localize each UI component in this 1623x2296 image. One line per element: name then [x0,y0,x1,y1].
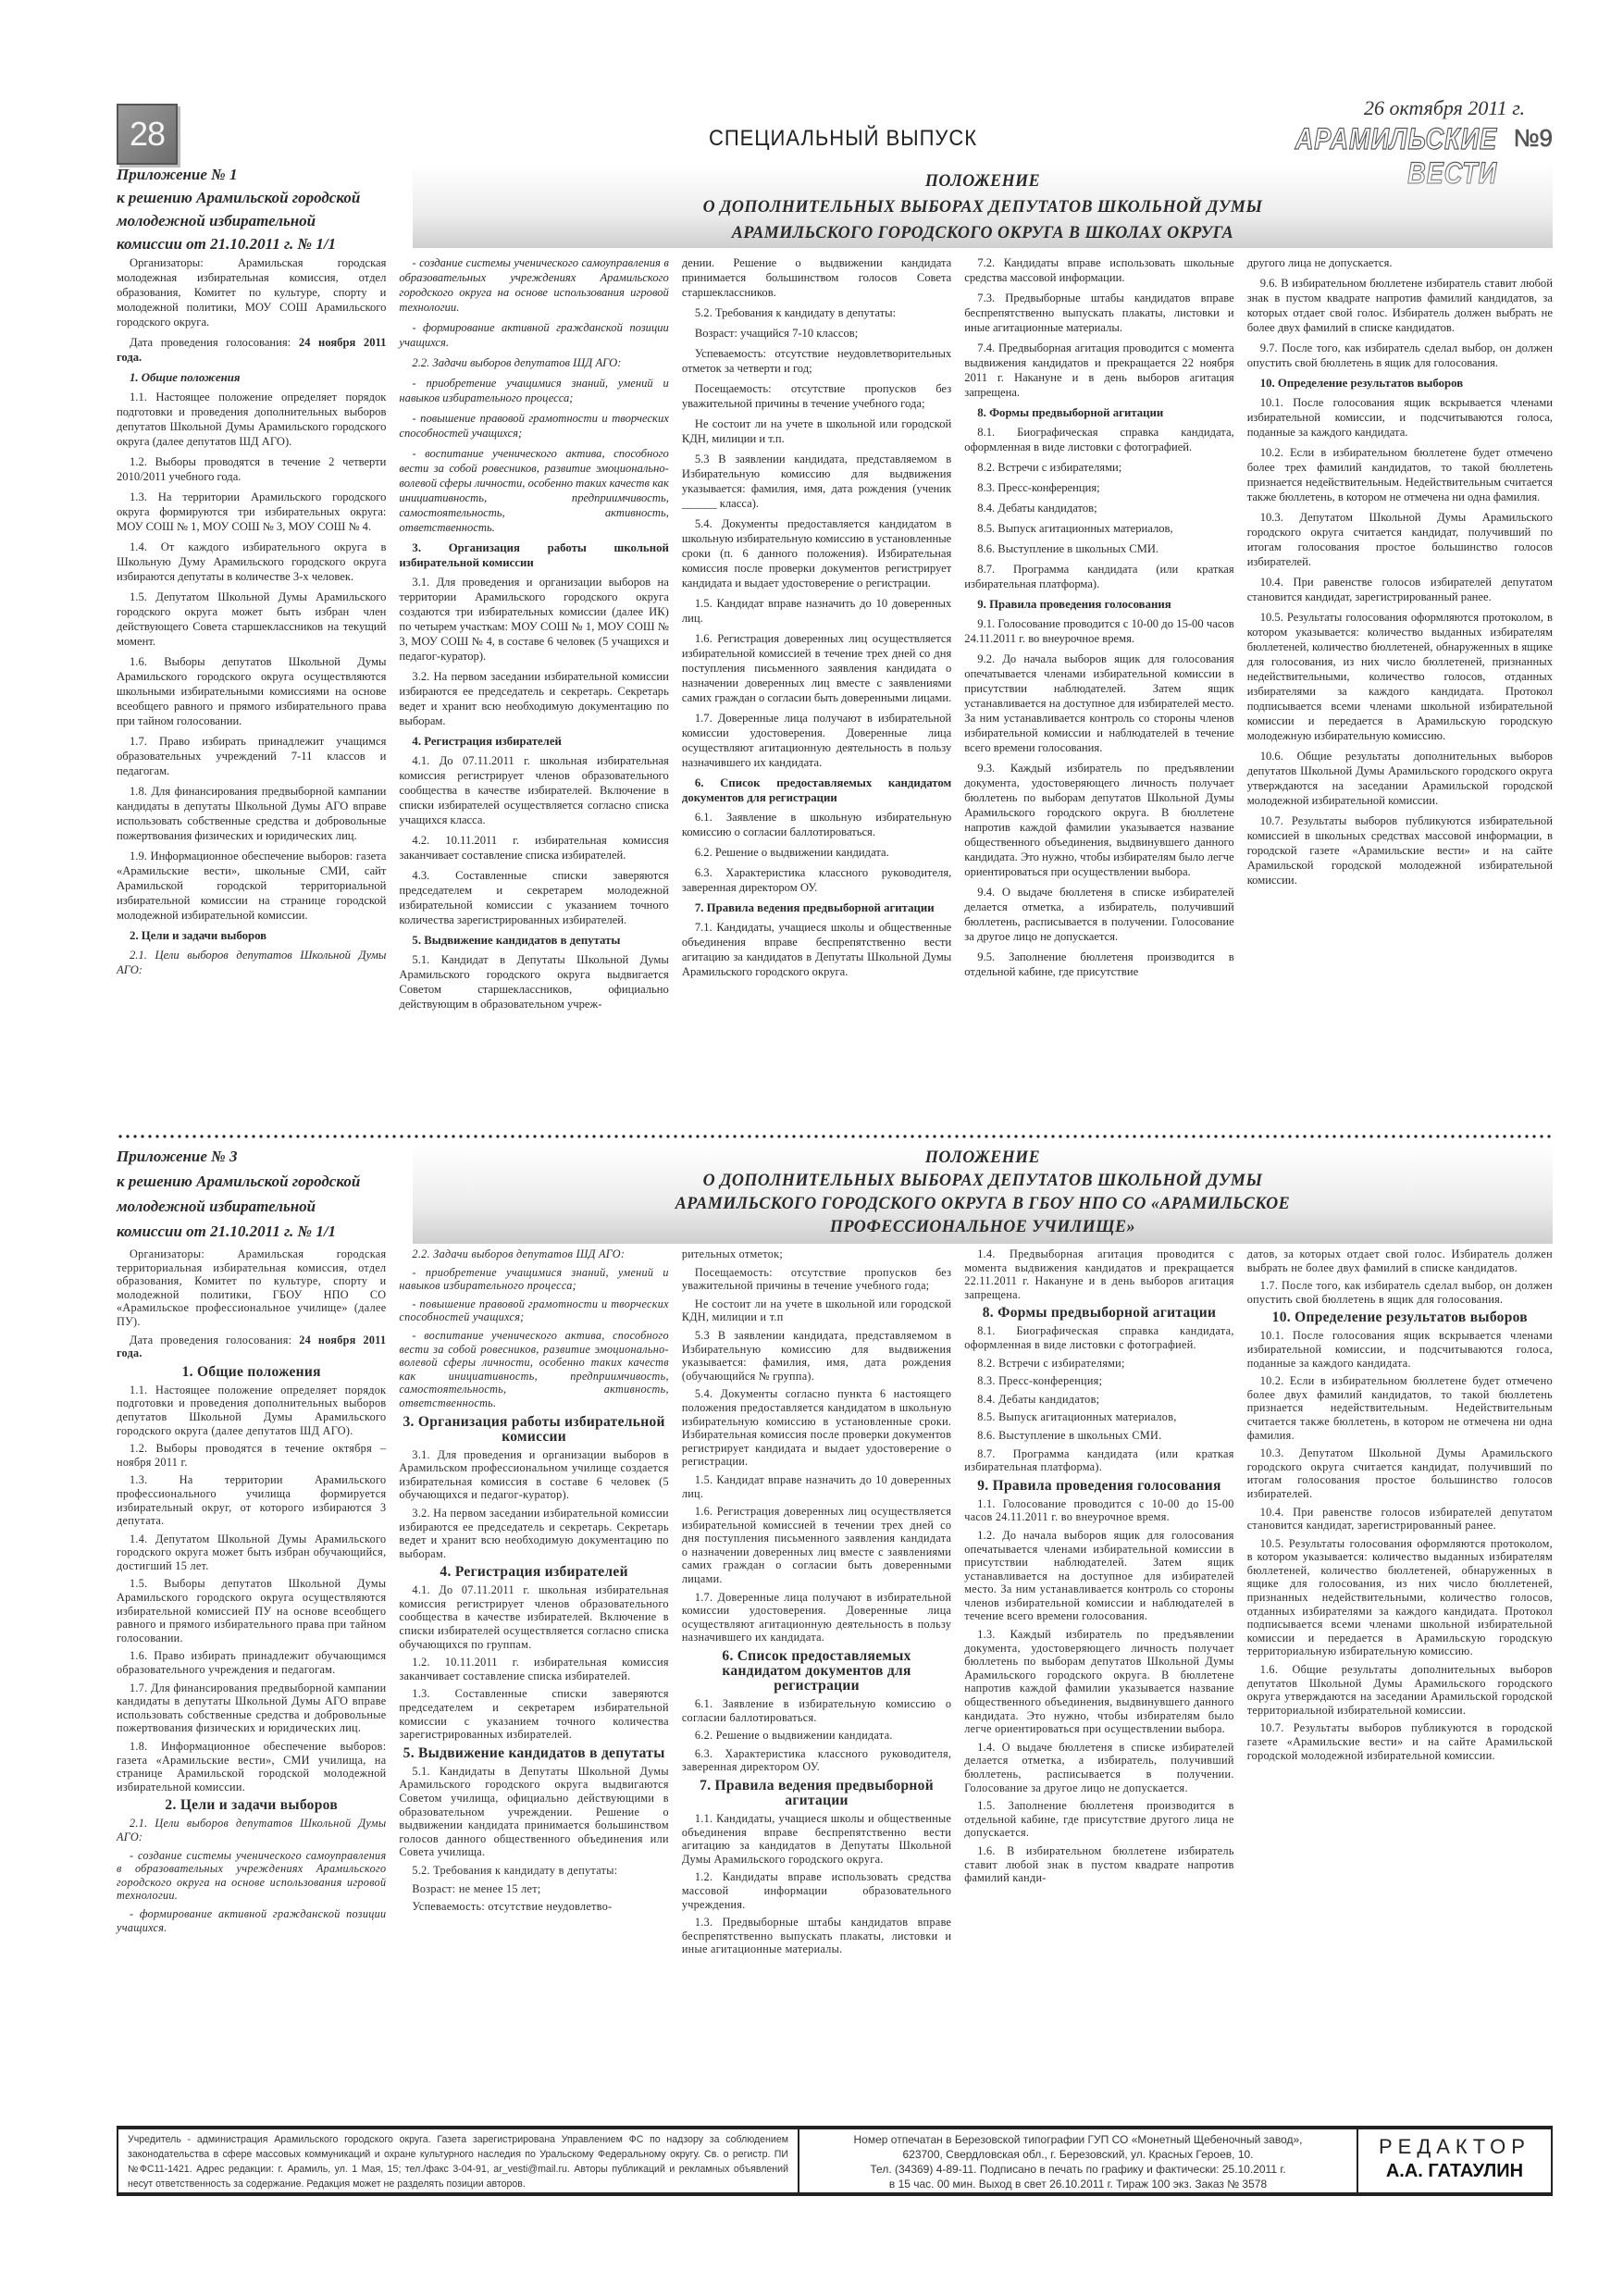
requirement: Успеваемость: отсутствие неудовлетво- [399,1900,668,1914]
section1-columns: Организаторы: Арамильская городская моло… [117,255,1553,1135]
paragraph: 1.7. Право избирать принадлежит учащимся… [117,734,386,778]
paragraph: 7.4. Предвыборная агитация проводится с … [964,341,1233,400]
task-item: - приобретение учащимися знаний, умений … [399,1266,668,1293]
printing-line: 623700, Свердловская обл., г. Березовски… [809,2147,1347,2162]
paragraph: 1.2. 10.11.2011 г. избирательная комисси… [399,1656,668,1682]
paragraph: 1.9. Информационное обеспечение выборов:… [117,849,386,923]
regulation-title: ПОЛОЖЕНИЕ О ДОПОЛНИТЕЛЬНЫХ ВЫБОРАХ ДЕПУТ… [413,163,1553,248]
paragraph: 4.2. 10.11.2011 г. избирательная комисси… [399,833,668,863]
paragraph: 1.2. Выборы проводятся в течение 2 четве… [117,454,386,484]
regulation-title: ПОЛОЖЕНИЕ О ДОПОЛНИТЕЛЬНЫХ ВЫБОРАХ ДЕПУТ… [413,1144,1553,1244]
printing-line: Тел. (34369) 4-89-11. Подписано в печать… [809,2162,1347,2177]
title-line: ПОЛОЖЕНИЕ [441,168,1524,194]
section-heading: 1. Общие положения [117,1365,386,1380]
paragraph: 5.3 В заявлении кандидата, представляемо… [682,1329,951,1383]
section3-columns: Организаторы: Арамильская городская терр… [117,1247,1553,2117]
paragraph: 1.3. На территории Арамильского професси… [117,1473,386,1527]
paragraph: 9.5. Заполнение бюллетеня производится в… [964,949,1233,979]
paragraph: 10.7. Результаты выборов публикуются в г… [1247,1721,1553,1762]
paragraph: 10.3. Депутатом Школьной Думы Арамильско… [1247,1446,1553,1500]
section-heading: 4. Регистрация избирателей [399,1565,668,1580]
paragraph: 1.7. После того, как избиратель сделал в… [1247,1279,1553,1306]
paragraph: другого лица не допускается. [1247,255,1553,270]
paragraph: 5.1. Кандидаты в Депутаты Школьной Думы … [399,1765,668,1859]
column-5: другого лица не допускается. 9.6. В изби… [1247,255,1553,1135]
masthead: 26 октября 2011 г. АРАМИЛЬСКИЕ ВЕСТИ №9 [1164,96,1553,163]
paragraph: 1.4. Депутатом Школьной Думы Арамильског… [117,1533,386,1573]
list-item: 8.2. Встречи с избирателями; [964,460,1233,475]
paragraph: 6.3. Характеристика классного руководите… [682,1747,951,1774]
paragraph: 1.1. Настоящее положение определяет поря… [117,390,386,449]
title-line: О ДОПОЛНИТЕЛЬНЫХ ВЫБОРАХ ДЕПУТАТОВ ШКОЛЬ… [441,194,1524,220]
paragraph: 1.6. В избирательном бюллетене избирател… [964,1844,1233,1885]
dotted-divider [117,1135,1553,1138]
paragraph: 9.3. Каждый избиратель по предъявлении д… [964,761,1233,879]
list-item: 8.5. Выпуск агитационных материалов, [964,521,1233,536]
paragraph: 1.6. Право избирать принадлежит обучающи… [117,1649,386,1676]
issue-date: 26 октября 2011 г. [1364,96,1525,120]
imprint-footer: Учредитель - администрация Арамильского … [117,2126,1553,2196]
paragraph: датов, за которых отдает свой голос. Изб… [1247,1247,1553,1274]
column-5: датов, за которых отдает свой голос. Изб… [1247,1247,1553,2117]
column-4: 7.2. Кандидаты вправе использовать школь… [964,255,1233,1135]
publisher-info: Учредитель - администрация Арамильского … [117,2129,799,2192]
printing-info: Номер отпечатан в Березовской типографии… [799,2129,1358,2192]
annex-note: Приложение № 1 к решению Арамильской гор… [117,163,413,255]
requirement: Не состоит ли на учете в школьной или го… [682,416,951,446]
paragraph: 7.3. Предвыборные штабы кандидатов вправ… [964,291,1233,335]
title-line: ПРОФЕССИОНАЛЬНОЕ УЧИЛИЩЕ» [441,1215,1524,1238]
goal-item: - формирование активной гражданской пози… [399,320,668,350]
paragraph: 10.1. После голосования ящик вскрывается… [1247,395,1553,440]
paragraph: 6.2. Решение о выдвижении кандидата. [682,845,951,860]
paragraph: 1.8. Для финансирования предвыборной кам… [117,784,386,843]
paragraph: 3.2. На первом заседании избирательной к… [399,669,668,728]
paragraph: 4.1. До 07.11.2011 г. школьная избирател… [399,753,668,827]
paragraph: 9.2. До начала выборов ящик для голосова… [964,652,1233,755]
paragraph: 3.2. На первом заседании избирательной к… [399,1507,668,1560]
section1-heading: Приложение № 1 к решению Арамильской гор… [117,163,1553,248]
paragraph: 1.5. Кандидат вправе назначить до 10 дов… [682,596,951,626]
section-heading: 10. Определение результатов выборов [1247,376,1553,391]
list-item: 8.7. Программа кандидата (или краткая из… [964,562,1233,591]
list-item: 8.3. Пресс-конференция; [964,1374,1233,1388]
task-item: - повышение правовой грамотности и творч… [399,1297,668,1324]
paragraph: 10.6. Общие результаты дополнительных вы… [1247,749,1553,808]
paragraph: 2.1. Цели выборов депутатов Школьной Дум… [117,948,386,977]
column-1: Организаторы: Арамильская городская терр… [117,1247,386,2117]
column-3: дении. Решение о выдвижении кандидата пр… [682,255,951,1135]
list-item: 8.2. Встречи с избирателями; [964,1357,1233,1371]
paragraph: 5.2. Требования к кандидату в депутаты: [682,305,951,320]
paragraph: 3.1. Для проведения и организации выборо… [399,575,668,664]
section-heading: 10. Определение результатов выборов [1247,1310,1553,1325]
paragraph: 6.1. Заявление в избирательную комиссию … [682,1697,951,1724]
paragraph: 1.3. Составленные списки заверяются пред… [399,1687,668,1741]
title-line: О ДОПОЛНИТЕЛЬНЫХ ВЫБОРАХ ДЕПУТАТОВ ШКОЛЬ… [441,1169,1524,1192]
paragraph: 1.7. Для финансирования предвыборной кам… [117,1682,386,1735]
issue-label: СПЕЦИАЛЬНЫЙ ВЫПУСК [709,126,977,152]
paragraph: 1.3. Каждый избиратель по предъявлении д… [964,1628,1233,1736]
paragraph: 1.4. Предвыборная агитация проводится с … [964,1247,1233,1301]
section-heading: 6. Список предоставляемых кандидатом док… [682,776,951,805]
section-heading: 8. Формы предвыборной агитации [964,405,1233,420]
list-item: 8.3. Пресс-конференция; [964,480,1233,495]
annex-line: Приложение № 1 [117,163,413,186]
paragraph: 1.6. Общие результаты дополнительных выб… [1247,1663,1553,1717]
section-heading: 9. Правила проведения голосования [964,597,1233,612]
printing-line: Номер отпечатан в Березовской типографии… [809,2132,1347,2147]
paragraph: 5.4. Документы предоставляется кандидато… [682,516,951,590]
annex-note: Приложение № 3 к решению Арамильской гор… [117,1144,413,1244]
paragraph: 1.5. Кандидат вправе назначить до 10 дов… [682,1473,951,1500]
paragraph: 2.2. Задачи выборов депутатов ШД АГО: [399,1247,668,1261]
column-2: - создание системы ученического самоупра… [399,255,668,1135]
paragraph: дении. Решение о выдвижении кандидата пр… [682,255,951,300]
paragraph: 1.4. О выдаче бюллетеня в списке избират… [964,1741,1233,1794]
organizers: Организаторы: Арамильская городская моло… [117,255,386,329]
paragraph: 1.1. Настоящее положение определяет поря… [117,1384,386,1437]
paragraph: 10.5. Результаты голосования оформляются… [1247,610,1553,743]
paragraph: 8.1. Биографическая справка кандидата, о… [964,425,1233,454]
paragraph: 5.4. Документы согласно пункта 6 настоящ… [682,1387,951,1469]
paragraph: 4.1. До 07.11.2011 г. школьная избирател… [399,1583,668,1651]
voting-date: Дата проведения голосования: 24 ноября 2… [117,335,386,365]
annex-line: Приложение № 3 [117,1144,413,1169]
paragraph: 1.2. Кандидаты вправе использовать средс… [682,1870,951,1911]
task-item: - приобретение учащимися знаний, умений … [399,376,668,405]
paragraph: 5.1. Кандидат в Депутаты Школьной Думы А… [399,952,668,1011]
annex-line: к решению Арамильской городской [117,186,413,209]
section-heading: 5. Выдвижение кандидатов в депутаты [399,1746,668,1761]
column-4: 1.4. Предвыборная агитация проводится с … [964,1247,1233,2117]
printing-line: в 15 час. 00 мин. Выход в свет 26.10.201… [809,2177,1347,2191]
annex-line: молодежной избирательной [117,1194,413,1219]
section-heading: 2. Цели и задачи выборов [117,1798,386,1813]
section-heading: 7. Правила ведения предвыборной агитации [682,1779,951,1808]
voting-date-label: Дата проведения голосования: [130,1334,299,1347]
section-heading: 1. Общие положения [117,370,386,385]
page-number: 28 [117,104,178,165]
requirement: Посещаемость: отсутствие пропусков без у… [682,381,951,411]
task-item: - воспитание ученического актива, способ… [399,1329,668,1410]
paragraph: 7.1. Кандидаты, учащиеся школы и обществ… [682,920,951,979]
paragraph: 6.2. Решение о выдвижении кандидата. [682,1729,951,1743]
list-item: 8.6. Выступление в школьных СМИ. [964,1429,1233,1443]
section-heading: 6. Список предоставляемых кандидатом док… [682,1649,951,1694]
paragraph: 1.1. Кандидаты, учащиеся школы и обществ… [682,1812,951,1866]
paragraph: 9.7. После того, как избиратель сделал в… [1247,341,1553,370]
editor-name: А.А. ГАТАУЛИН [1358,2161,1551,2182]
list-item: 8.4. Дебаты кандидатов; [964,1393,1233,1407]
paragraph: 1.5. Заполнение бюллетеня производится в… [964,1799,1233,1840]
paragraph: 1.3. Предвыборные штабы кандидатов вправ… [682,1916,951,1956]
paragraph: 5.3 В заявлении кандидата, представляемо… [682,452,951,511]
section-heading: 3. Организация работы школьной избирател… [399,540,668,570]
section-heading: 7. Правила ведения предвыборной агитации [682,900,951,915]
task-item: - повышение правовой грамотности и творч… [399,411,668,441]
requirement: Не состоит ли на учете в школьной или го… [682,1297,951,1324]
paragraph: 10.5. Результаты голосования оформляются… [1247,1537,1553,1658]
voting-date-label: Дата проведения голосования: [130,336,299,349]
paragraph: 10.1. После голосования ящик вскрывается… [1247,1329,1553,1370]
requirement: Посещаемость: отсутствие пропусков без у… [682,1266,951,1293]
paragraph: 2.1. Цели выборов депутатов Школьной Дум… [117,1817,386,1843]
paragraph: 1.6. Выборы депутатов Школьной Думы Арам… [117,654,386,728]
paragraph: 1.5. Выборы депутатов Школьной Думы Арам… [117,1577,386,1644]
editor-box: РЕДАКТОР А.А. ГАТАУЛИН [1358,2129,1553,2192]
paragraph: 6.1. Заявление в школьную избирательную … [682,810,951,839]
section-heading: 2. Цели и задачи выборов [117,928,386,943]
requirement: Возраст: учащийся 7-10 классов; [682,326,951,341]
paragraph: 6.3. Характеристика классного руководите… [682,865,951,895]
paragraph: 7.2. Кандидаты вправе использовать школь… [964,255,1233,285]
section3-heading: Приложение № 3 к решению Арамильской гор… [117,1144,1553,1244]
page-header: 28 СПЕЦИАЛЬНЫЙ ВЫПУСК 26 октября 2011 г.… [117,104,1553,161]
paragraph: 1.4. От каждого избирательного округа в … [117,540,386,584]
organizers: Организаторы: Арамильская городская терр… [117,1247,386,1329]
section-heading: 9. Правила проведения голосования [964,1479,1233,1494]
paragraph: 10.3. Депутатом Школьной Думы Арамильско… [1247,510,1553,569]
voting-date: Дата проведения голосования: 24 ноября 2… [117,1334,386,1360]
paragraph: 1.3. На территории Арамильского городско… [117,490,386,534]
paragraph: 9.1. Голосование проводится с 10-00 до 1… [964,616,1233,646]
section-heading: 3. Организация работы избирательной коми… [399,1415,668,1445]
paragraph: 10.7. Результаты выборов публикуются изб… [1247,813,1553,887]
requirement: рительных отметок; [682,1247,951,1261]
column-1: Организаторы: Арамильская городская моло… [117,255,386,1135]
paragraph: 5.2. Требования к кандидату в депутаты: [399,1864,668,1878]
title-line: ПОЛОЖЕНИЕ [441,1146,1524,1169]
title-line: АРАМИЛЬСКОГО ГОРОДСКОГО ОКРУГА В ШКОЛАХ … [441,220,1524,246]
column-3: рительных отметок; Посещаемость: отсутст… [682,1247,951,2117]
paragraph: 1.5. Депутатом Школьной Думы Арамильског… [117,590,386,649]
section-heading: 4. Регистрация избирателей [399,734,668,749]
paragraph: 4.3. Составленные списки заверяются пред… [399,868,668,927]
paragraph: 9.6. В избирательном бюллетене избирател… [1247,276,1553,335]
task-item: - воспитание ученического актива, способ… [399,446,668,535]
goal-item: - создание системы ученического самоупра… [399,255,668,315]
paragraph: 10.4. При равенстве голосов избирателей … [1247,1506,1553,1533]
paragraph: 8.1. Биографическая справка кандидата, о… [964,1324,1233,1351]
requirement: Успеваемость: отсутствие неудовлетворите… [682,346,951,376]
paragraph: 2.2. Задачи выборов депутатов ШД АГО: [399,355,668,370]
paragraph: 10.4. При равенстве голосов избирателей … [1247,575,1553,604]
paragraph: 3.1. Для проведения и организации выборо… [399,1448,668,1502]
paragraph: 1.6. Регистрация доверенных лиц осуществ… [682,1505,951,1586]
editor-label: РЕДАКТОР [1358,2135,1551,2159]
annex-line: комиссии от 21.10.2011 г. № 1/1 [117,1219,413,1244]
paragraph: 9.4. О выдаче бюллетеня в списке избират… [964,885,1233,944]
list-item: 8.5. Выпуск агитационных материалов, [964,1410,1233,1424]
paragraph: 1.8. Информационное обеспечение выборов:… [117,1740,386,1793]
paragraph: 1.6. Регистрация доверенных лиц осуществ… [682,631,951,705]
issue-number: №9 [1514,124,1553,153]
paragraph: 1.1. Голосование проводится с 10-00 до 1… [964,1497,1233,1524]
list-item: 8.7. Программа кандидата (или краткая из… [964,1447,1233,1474]
section-heading: 8. Формы предвыборной агитации [964,1306,1233,1321]
section-heading: 5. Выдвижение кандидатов в депутаты [399,933,668,948]
requirement: Возраст: не менее 15 лет; [399,1882,668,1896]
annex-line: к решению Арамильской городской [117,1169,413,1194]
paragraph: 1.7. Доверенные лица получают в избирате… [682,711,951,770]
goal-item: - создание системы ученического самоупра… [117,1849,386,1903]
list-item: 8.6. Выступление в школьных СМИ. [964,541,1233,556]
annex-line: комиссии от 21.10.2011 г. № 1/1 [117,232,413,255]
column-2: 2.2. Задачи выборов депутатов ШД АГО: - … [399,1247,668,2117]
paragraph: 1.2. До начала выборов ящик для голосова… [964,1529,1233,1623]
annex-line: молодежной избирательной [117,209,413,232]
paragraph: 1.7. Доверенные лица получают в избирате… [682,1591,951,1644]
paragraph: 1.2. Выборы проводятся в течение октября… [117,1442,386,1469]
list-item: 8.4. Дебаты кандидатов; [964,501,1233,515]
goal-item: - формирование активной гражданской пози… [117,1907,386,1934]
paragraph: 10.2. Если в избирательном бюллетене буд… [1247,1374,1553,1442]
paragraph: 10.2. Если в избирательном бюллетене буд… [1247,445,1553,504]
title-line: АРАМИЛЬСКОГО ГОРОДСКОГО ОКРУГА В ГБОУ НП… [441,1192,1524,1215]
